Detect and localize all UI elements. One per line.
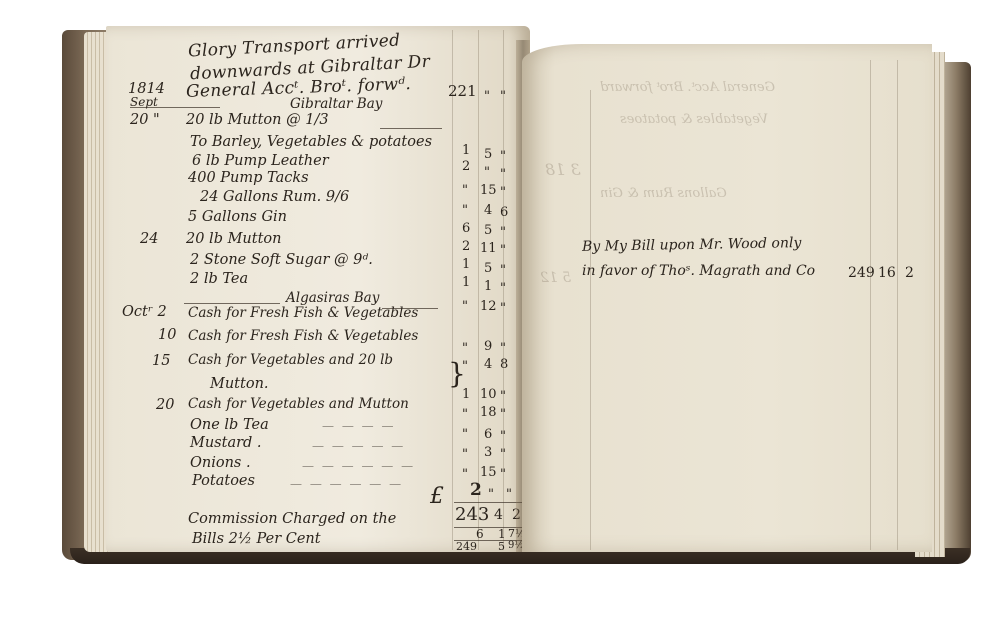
entry-date: 10 — [158, 328, 176, 343]
filler-dashes: — — — — — [322, 420, 395, 432]
entry-shillings: 15 — [480, 466, 497, 479]
entry-shillings: 5 — [484, 224, 492, 237]
entry-shillings: 11 — [480, 242, 497, 255]
brought-forward-pence: " — [500, 90, 506, 103]
entry-shillings: 3 — [484, 446, 492, 459]
shillings-column-rule — [478, 30, 479, 550]
commission-shillings: 1 — [498, 528, 506, 540]
entry-item: 2 Stone Soft Sugar @ 9ᵈ. — [190, 253, 373, 268]
rule-line — [184, 303, 280, 304]
entry-shillings: " — [488, 488, 494, 501]
entry-pence: " — [500, 448, 506, 461]
right-entry-shillings: 16 — [878, 266, 896, 280]
entry-pounds: " — [462, 428, 468, 441]
entry-item: 6 lb Pump Leather — [192, 154, 329, 169]
entry-shillings: 18 — [480, 406, 497, 419]
entry-shillings: 4 — [484, 358, 492, 371]
entry-item: Cash for Vegetables and Mutton — [188, 398, 409, 412]
bleed-through-text: Gallons Rum & Gin — [600, 186, 727, 201]
entry-pounds: 1 — [462, 258, 470, 271]
brought-forward-shillings: " — [484, 90, 490, 103]
entry-pounds: 1 — [462, 276, 470, 289]
pounds-column-rule — [452, 30, 453, 550]
entry-pence: " — [500, 264, 506, 277]
entry-pounds: 6 — [462, 222, 470, 235]
entry-date: 20 " — [130, 113, 160, 128]
entry-item: Mutton. — [210, 377, 269, 392]
entry-item: 20 lb Mutton — [186, 232, 282, 247]
entry-pounds: 2 — [462, 160, 470, 173]
entry-pounds: " — [462, 184, 468, 197]
entry-pounds: " — [462, 468, 468, 481]
bleed-through-text: Vegetables & potatoes — [620, 112, 768, 127]
commission-pounds: 6 — [476, 528, 484, 540]
right-entry-pounds: 249 — [848, 266, 875, 280]
filler-dashes: — — — — — — [312, 440, 405, 452]
entry-shillings: 10 — [480, 388, 497, 401]
entry-pounds: " — [462, 342, 468, 355]
entry-pence: " — [500, 150, 506, 163]
entry-item: Cash for Vegetables and 20 lb — [188, 354, 393, 368]
entry-pence: " — [500, 186, 506, 199]
rule-line — [380, 128, 442, 129]
subtotal-pound-sign: £ — [430, 486, 444, 508]
right-page-column-rule — [870, 60, 871, 550]
entry-pence: 6 — [500, 206, 508, 219]
entry-pence: " — [506, 488, 512, 501]
entry-pounds: 2 — [470, 482, 482, 499]
total-pounds: 249 — [456, 541, 477, 552]
right-entry-line-1: By My Bill upon Mr. Wood only — [582, 236, 802, 254]
commission-line-1: Commission Charged on the — [188, 512, 396, 527]
filler-dashes: — — — — — — — [302, 460, 415, 472]
entry-shillings: 5 — [484, 148, 492, 161]
entry-item: One lb Tea — [190, 418, 269, 433]
entry-shillings: " — [484, 166, 490, 179]
entry-date: 24 — [140, 232, 158, 247]
entry-pounds: 1 — [462, 388, 470, 401]
entry-item: Cash for Fresh Fish & Vegetables — [188, 330, 418, 344]
entry-item: To Barley, Vegetables & potatoes — [190, 135, 432, 150]
entry-pence: " — [500, 390, 506, 403]
entry-pence: " — [500, 408, 506, 421]
entry-pence: " — [500, 430, 506, 443]
filler-dashes: — — — — — — — [290, 478, 403, 490]
right-entry-pence: 2 — [905, 266, 914, 280]
open-ledger-book: Glory Transport arrived downwards at Gib… — [0, 0, 1003, 619]
right-entry-line-2: in favor of Thoˢ. Magrath and Co — [582, 264, 815, 278]
entry-item: Potatoes — [192, 474, 255, 489]
right-page-column-rule — [590, 90, 591, 550]
entry-item: 2 lb Tea — [190, 272, 248, 287]
entry-date: 20 — [156, 398, 174, 413]
entry-pence: " — [500, 302, 506, 315]
entry-shillings: 4 — [484, 204, 492, 217]
entry-pounds: " — [462, 408, 468, 421]
entry-pounds: " — [462, 300, 468, 313]
bleed-through-text: 3 18 — [545, 160, 581, 179]
rule-line — [130, 107, 220, 108]
entry-date: Octʳ 2 — [122, 305, 167, 320]
entry-shillings: 5 — [484, 262, 492, 275]
entry-pence: " — [500, 244, 506, 257]
subtotal-pounds: 243 — [455, 506, 489, 524]
subtotal-shillings: 4 — [494, 508, 503, 522]
bleed-through-text: General Accᵗ. Broᵗ forward — [600, 80, 775, 95]
right-page-column-rule — [897, 60, 898, 550]
entry-item: 20 lb Mutton @ 1/3 — [186, 113, 329, 128]
entry-shillings: 9 — [484, 340, 492, 353]
entry-pence: " — [500, 226, 506, 239]
entry-pence: " — [500, 168, 506, 181]
entry-pounds: " — [462, 204, 468, 217]
entry-pence: " — [500, 468, 506, 481]
entry-pence: " — [500, 342, 506, 355]
entry-pounds: " — [462, 448, 468, 461]
entry-shillings: 12 — [480, 300, 497, 313]
entry-item: 400 Pump Tacks — [188, 171, 309, 186]
section-gibraltar-bay: Gibraltar Bay — [290, 98, 382, 112]
entry-shillings: 15 — [480, 184, 497, 197]
entry-pounds: 1 — [462, 144, 470, 157]
entry-date: 15 — [152, 354, 170, 369]
entry-item: 5 Gallons Gin — [188, 210, 287, 225]
commission-line-2: Bills 2½ Per Cent — [192, 532, 321, 547]
entry-pounds: 2 — [462, 240, 470, 253]
entry-pence: 8 — [500, 358, 508, 371]
entry-item: Onions . — [190, 456, 251, 471]
entry-item: Mustard . — [190, 436, 262, 451]
total-shillings: 5 — [498, 541, 505, 552]
bleed-through-text: 5 12 — [540, 270, 571, 286]
entry-pence: " — [500, 282, 506, 295]
brace: } — [448, 360, 466, 388]
entry-shillings: 6 — [484, 428, 492, 441]
entry-item: 24 Gallons Rum. 9/6 — [200, 190, 349, 205]
entry-shillings: 1 — [484, 280, 492, 293]
entry-item: Cash for Fresh Fish & Vegetables — [188, 307, 418, 321]
brought-forward-pounds: 221 — [448, 84, 477, 99]
section-algasiras-bay: Algasiras Bay — [286, 292, 379, 306]
